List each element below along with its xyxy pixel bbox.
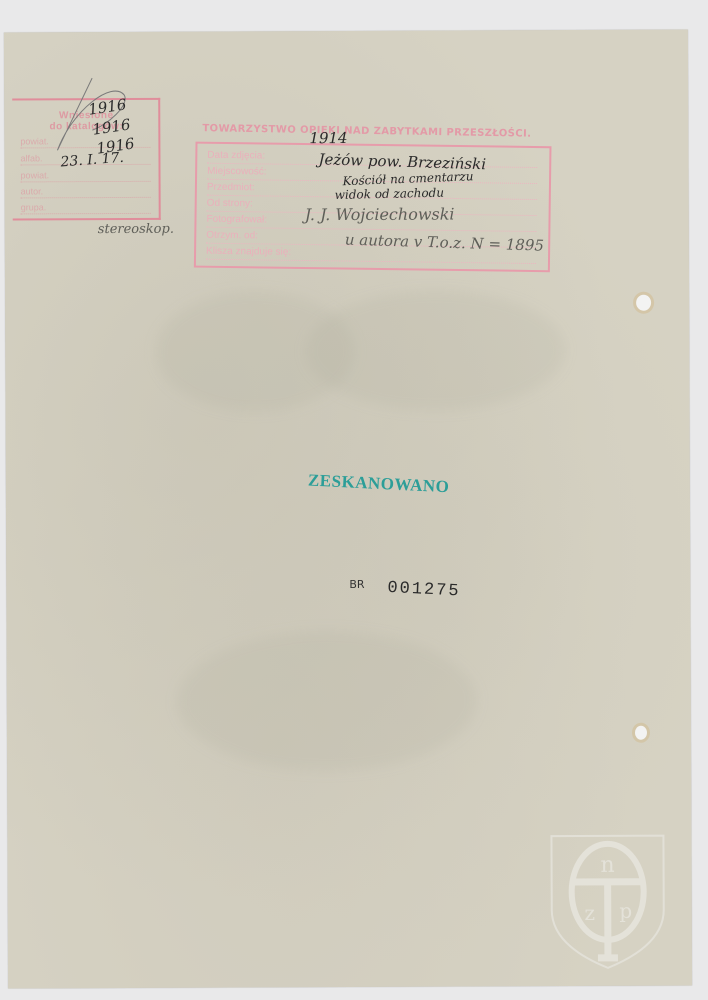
hole: [635, 726, 647, 740]
ntzp-watermark-icon: n z p: [547, 830, 668, 971]
photographer-value: J. J. Wojciechowski: [305, 205, 455, 225]
catalog-field: autor.: [21, 186, 151, 199]
catalog-field: grupa.: [21, 202, 151, 215]
margin-note: stereoskop.: [98, 222, 174, 237]
inventory-prefix: BR: [349, 578, 364, 591]
scanned-stamp: ZESKANOWANO: [307, 470, 449, 497]
hole: [636, 295, 651, 311]
catalog-card: Wniesione do katalogów: powiat. alfab. p…: [4, 30, 692, 989]
society-stamp-heading: TOWARZYSTWO OPIEKI NAD ZABYTKAMI PRZESZŁ…: [202, 123, 531, 139]
side-value: widok od zachodu: [334, 186, 444, 202]
svg-text:n: n: [600, 853, 614, 878]
svg-text:p: p: [619, 899, 632, 923]
svg-text:z: z: [584, 901, 595, 925]
catalog-field: powiat.: [21, 170, 151, 183]
photo-date: 1914: [309, 129, 347, 147]
inventory-number: 001275: [387, 579, 461, 601]
